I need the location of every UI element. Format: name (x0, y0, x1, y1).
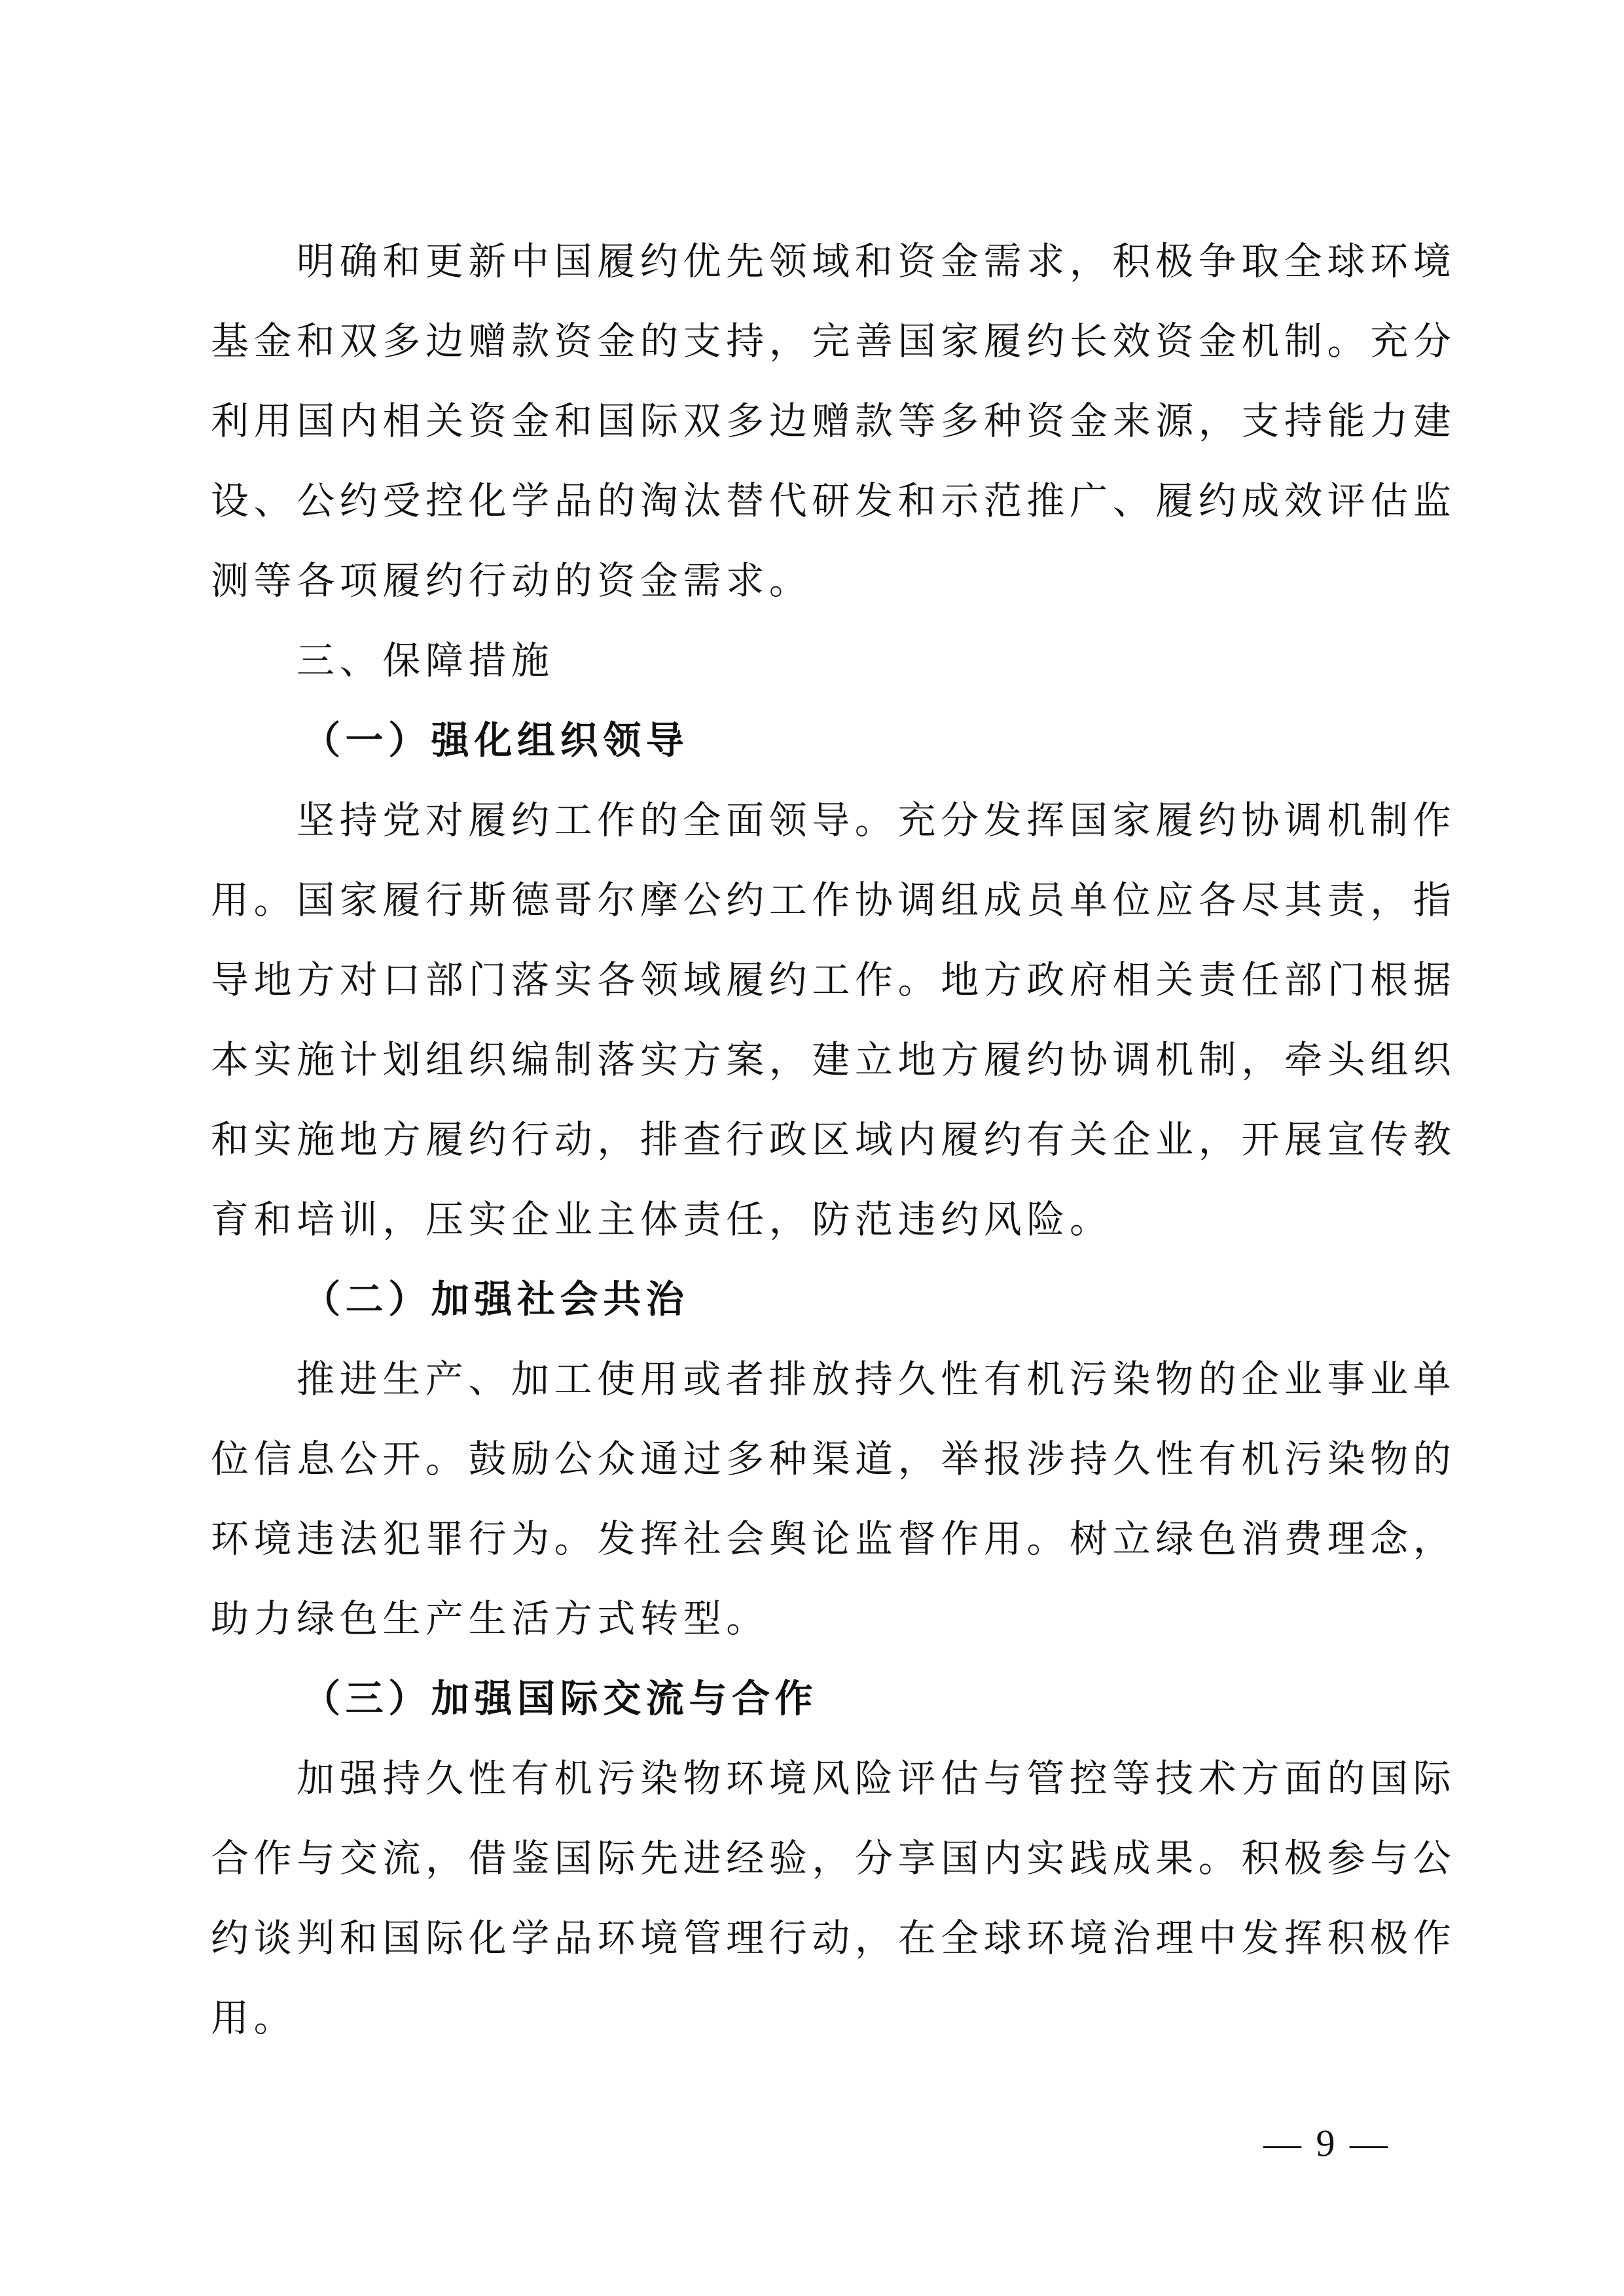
text-line: 用。国家履行斯德哥尔摩公约工作协调组成员单位应各尽其责，指 (211, 860, 1415, 940)
text-line: 本实施计划组织编制落实方案，建立地方履约协调机制，牵头组织 (211, 1020, 1415, 1100)
text-line: 助力绿色生产生活方式转型。 (211, 1579, 1415, 1659)
text-line: 导地方对口部门落实各领域履约工作。地方政府相关责任部门根据 (211, 940, 1415, 1020)
text-line: 设、公约受控化学品的淘汰替代研发和示范推广、履约成效评估监 (211, 461, 1415, 541)
paragraph-funding: 明确和更新中国履约优先领域和资金需求，积极争取全球环境 基金和双多边赠款资金的支… (211, 221, 1415, 620)
paragraph-international-cooperation: 加强持久性有机污染物环境风险评估与管控等技术方面的国际 合作与交流，借鉴国际先进… (211, 1738, 1415, 2058)
text-line: 明确和更新中国履约优先领域和资金需求，积极争取全球环境 (211, 221, 1415, 301)
text-line: 育和培训，压实企业主体责任，防范违约风险。 (211, 1179, 1415, 1259)
subsection-heading: （二）加强社会共治 (211, 1259, 1415, 1339)
text-line: 推进生产、加工使用或者排放持久性有机污染物的企业事业单 (211, 1339, 1415, 1419)
text-line: 加强持久性有机污染物环境风险评估与管控等技术方面的国际 (211, 1738, 1415, 1818)
paragraph-leadership: 坚持党对履约工作的全面领导。充分发挥国家履约协调机制作 用。国家履行斯德哥尔摩公… (211, 780, 1415, 1259)
text-line: 利用国内相关资金和国际双多边赠款等多种资金来源，支持能力建 (211, 381, 1415, 461)
text-line: 测等各项履约行动的资金需求。 (211, 541, 1415, 620)
paragraph-social-governance: 推进生产、加工使用或者排放持久性有机污染物的企业事业单 位信息公开。鼓励公众通过… (211, 1339, 1415, 1659)
text-line: 约谈判和国际化学品环境管理行动，在全球环境治理中发挥积极作 (211, 1898, 1415, 1978)
page-number: — 9 — (1263, 2121, 1390, 2166)
subsection-heading: （一）强化组织领导 (211, 700, 1415, 780)
text-line: 位信息公开。鼓励公众通过多种渠道，举报涉持久性有机污染物的 (211, 1419, 1415, 1499)
text-line: 基金和双多边赠款资金的支持，完善国家履约长效资金机制。充分 (211, 301, 1415, 381)
text-line: 和实施地方履约行动，排查行政区域内履约有关企业，开展宣传教 (211, 1100, 1415, 1179)
text-line: 合作与交流，借鉴国际先进经验，分享国内实践成果。积极参与公 (211, 1818, 1415, 1898)
text-line: 环境违法犯罪行为。发挥社会舆论监督作用。树立绿色消费理念， (211, 1499, 1415, 1579)
section-heading: 三、保障措施 (211, 620, 1415, 700)
subsection-heading: （三）加强国际交流与合作 (211, 1659, 1415, 1738)
text-line: 坚持党对履约工作的全面领导。充分发挥国家履约协调机制作 (211, 780, 1415, 860)
text-line: 用。 (211, 1978, 1415, 2058)
document-page: 明确和更新中国履约优先领域和资金需求，积极争取全球环境 基金和双多边赠款资金的支… (211, 221, 1415, 2058)
